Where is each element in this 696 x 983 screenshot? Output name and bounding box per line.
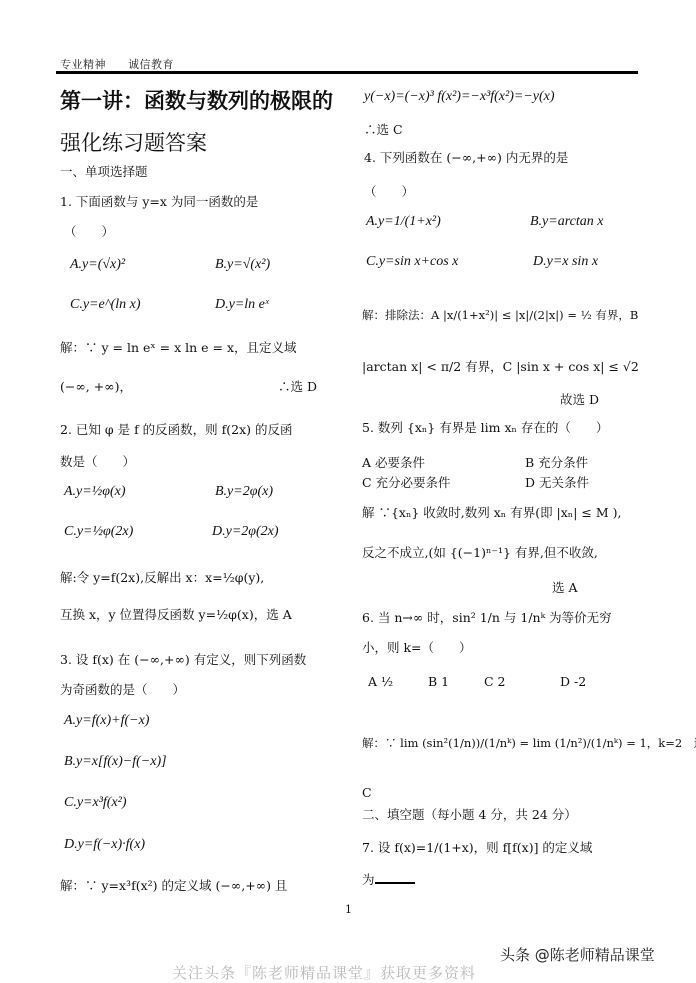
q4-solution-2: |arctan x| < π/2 有界，C |sin x + cos x| ≤ …: [362, 357, 639, 377]
q6-stem: 6. 当 n→∞ 时，sin² 1/n 与 1/nᵏ 为等价无穷: [362, 608, 612, 628]
q5-option-d: D 无关条件: [525, 473, 589, 493]
page-title: 第一讲：函数与数列的极限的: [60, 80, 345, 122]
q1-option-b: B.y=√(x²): [215, 255, 270, 275]
q4-stem: 4. 下列函数在 (−∞,+∞) 内无界的是: [364, 148, 568, 168]
q2-solution-2: 互换 x，y 位置得反函数 y=½φ(x)，选 A: [60, 605, 292, 625]
q3-option-b: B.y=x[f(x)−f(−x)]: [64, 752, 167, 772]
q5-answer: 选 A: [552, 578, 578, 598]
page-header: 专业精神 诚信教育: [60, 56, 192, 72]
q4-answer: 故选 D: [560, 390, 599, 410]
page-number: 1: [345, 903, 352, 916]
q1-paren: （ ）: [64, 222, 114, 242]
q1-solution-2: (−∞, +∞)，: [60, 377, 132, 397]
q2-stem-2: 数是（ ）: [60, 452, 135, 472]
q6-option-b: B 1: [428, 672, 449, 692]
header-right: 诚信教育: [128, 58, 174, 71]
q2-stem: 2. 已知 φ 是 f 的反函数，则 f(2x) 的反函: [60, 420, 293, 440]
answer-blank: [375, 870, 415, 884]
q1-stem: 1. 下面函数与 y=x 为同一函数的是: [60, 192, 258, 212]
q5-solution-2: 反之不成立,(如 {(−1)ⁿ⁻¹} 有界,但不收敛,: [362, 543, 598, 563]
q6-option-c: C 2: [484, 672, 506, 692]
left-column: 第一讲：函数与数列的极限的 强化练习题答案: [60, 80, 345, 164]
q4-paren: （ ）: [364, 182, 414, 202]
page-subtitle: 强化练习题答案: [60, 122, 345, 164]
q2-option-d: D.y=2φ(2x): [212, 522, 279, 542]
q1-solution-1: 解：∵ y = ln eˣ = x ln e = x，且定义域: [60, 338, 297, 358]
q6-stem-2: 小，则 k=（ ）: [362, 638, 472, 658]
q2-option-b: B.y=2φ(x): [215, 482, 273, 502]
q6-solution-1: 解：∵ lim (sin²(1/n))/(1/nᵏ) = lim (1/n²)/…: [362, 733, 696, 753]
q6-solution-2: C: [362, 783, 372, 803]
q3-option-a: A.y=f(x)+f(−x): [64, 711, 149, 731]
q3-solution-2: y(−x)=(−x)³ f(x²)=−x³f(x²)=−y(x): [364, 87, 555, 107]
q1-option-c: C.y=e^(ln x): [70, 295, 141, 315]
footer-watermark: 关注头条『陈老师精品课堂』获取更多资料: [172, 962, 476, 983]
q3-solution-1: 解：∵ y=x³f(x²) 的定义域 (−∞,+∞) 且: [60, 876, 287, 896]
q4-solution-1: 解：排除法：A |x/(1+x²)| ≤ |x|/(2|x|) = ½ 有界，B: [362, 305, 638, 325]
q1-option-a: A.y=(√x)²: [70, 255, 125, 275]
q5-option-a: A 必要条件: [362, 453, 425, 473]
q3-stem-2: 为奇函数的是（ ）: [60, 680, 185, 700]
q7-stem-2-text: 为: [362, 872, 375, 887]
q5-solution-1: 解 ∵{xₙ} 收敛时,数列 xₙ 有界(即 |xₙ| ≤ M ),: [362, 503, 621, 523]
q1-answer: ∴选 D: [278, 377, 317, 397]
q4-option-b: B.y=arctan x: [530, 212, 603, 232]
q7-stem-2: 为: [362, 870, 415, 890]
q3-option-d: D.y=f(−x)·f(x): [64, 835, 145, 855]
q6-option-a: A ½: [368, 672, 393, 692]
q1-option-d: D.y=ln eˣ: [215, 295, 269, 315]
q5-option-b: B 充分条件: [525, 453, 588, 473]
footer-brand: 头条 @陈老师精品课堂: [500, 944, 655, 965]
section-heading-1: 一、单项选择题: [60, 162, 148, 182]
q7-stem: 7. 设 f(x)=1/(1+x)，则 f[f(x)] 的定义域: [362, 838, 592, 858]
q3-answer: ∴选 C: [364, 120, 403, 140]
q2-option-a: A.y=½φ(x): [64, 482, 126, 502]
q3-option-c: C.y=x³f(x²): [64, 793, 127, 813]
q6-option-d: D -2: [560, 672, 586, 692]
header-rule: [56, 71, 638, 74]
q2-option-c: C.y=½φ(2x): [64, 522, 133, 542]
header-left: 专业精神: [60, 58, 106, 71]
q3-stem: 3. 设 f(x) 在 (−∞,+∞) 有定义，则下列函数: [60, 650, 306, 670]
q4-option-a: A.y=1/(1+x²): [366, 212, 441, 232]
q4-option-c: C.y=sin x+cos x: [366, 252, 458, 272]
q4-option-d: D.y=x sin x: [533, 252, 598, 272]
q2-solution-1: 解:令 y=f(2x),反解出 x：x=½φ(y),: [60, 568, 264, 588]
q5-option-c: C 充分必要条件: [362, 473, 451, 493]
q5-stem: 5. 数列 {xₙ} 有界是 lim xₙ 存在的（ ）: [362, 418, 608, 438]
section-heading-2: 二、填空题（每小题 4 分，共 24 分）: [362, 805, 577, 825]
